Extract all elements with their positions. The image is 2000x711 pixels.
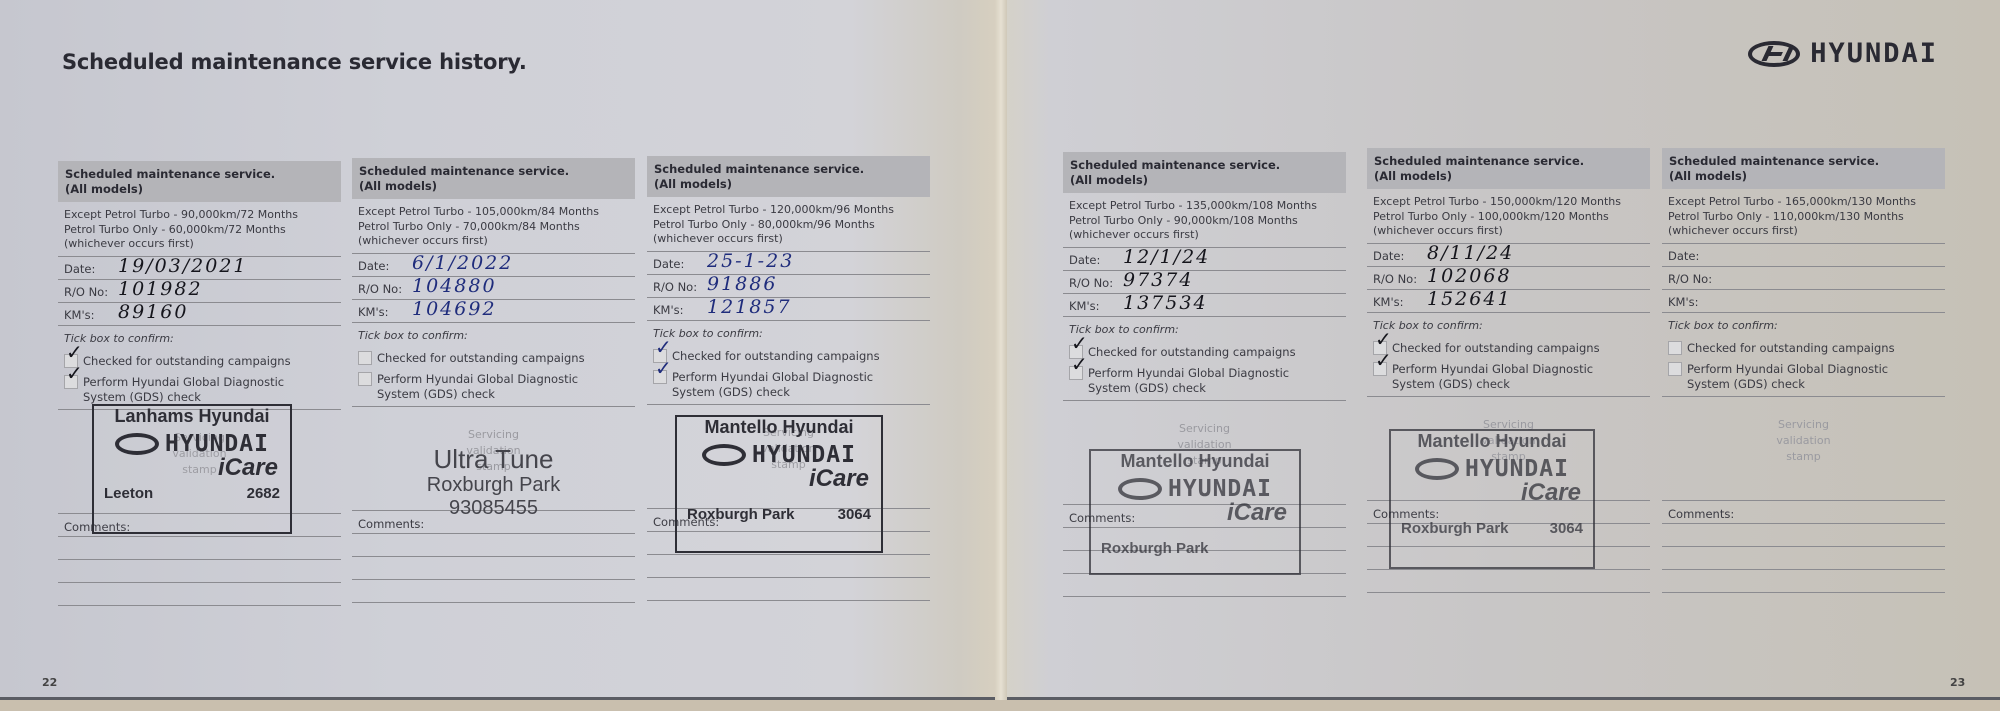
gds-checkbox[interactable] (1373, 362, 1387, 376)
service-interval: Except Petrol Turbo - 120,000km/96 Month… (647, 197, 930, 252)
kms-field[interactable]: KM's: 89160 (58, 303, 341, 326)
kms-field[interactable]: KM's: 137534 (1063, 294, 1346, 317)
gds-checkbox[interactable] (358, 372, 372, 386)
gds-check-label: Perform Hyundai Global Diagnostic System… (1392, 362, 1593, 392)
card-header-title: Scheduled maintenance service. (654, 162, 923, 177)
workshop-stamp: Ultra TuneRoxburgh Park93085455 (352, 445, 635, 519)
ro-number-label: R/O No: (653, 280, 715, 294)
tick-box-instruction: Tick box to confirm: (352, 323, 635, 348)
kms-value[interactable]: 137534 (1123, 294, 1208, 313)
stamp-suburb: Roxburgh Park (352, 473, 635, 497)
service-interval: Except Petrol Turbo - 165,000km/130 Mont… (1662, 189, 1945, 244)
gds-check-label: Perform Hyundai Global Diagnostic System… (1687, 362, 1888, 392)
gds-label-line: Perform Hyundai Global Diagnostic (1088, 366, 1289, 380)
campaigns-check-label: Checked for outstanding campaigns (1088, 345, 1296, 360)
stamp-brand-text: HYUNDAI (1168, 476, 1272, 502)
stamp-suburb: Roxburgh Park (687, 506, 795, 523)
hyundai-emblem-icon (115, 433, 159, 455)
date-value[interactable]: 12/1/24 (1123, 248, 1210, 267)
card-header-title: Scheduled maintenance service. (1374, 154, 1643, 169)
card-header-subtitle: (All models) (65, 182, 334, 197)
gds-check-row[interactable]: Perform Hyundai Global Diagnostic System… (1662, 359, 1945, 397)
stamp-program: iCare (1391, 482, 1593, 504)
date-label: Date: (358, 259, 420, 273)
interval-line: Except Petrol Turbo - 105,000km/84 Month… (358, 205, 629, 220)
stamp-area: Servicingvalidationstamp Ultra TuneRoxbu… (352, 407, 635, 511)
stamp-suburb: Leeton (104, 485, 153, 502)
card-header: Scheduled maintenance service. (All mode… (1662, 148, 1945, 189)
campaigns-check-row[interactable]: Checked for outstanding campaigns (1063, 342, 1346, 363)
campaigns-checkbox[interactable] (358, 351, 372, 365)
campaigns-check-label: Checked for outstanding campaigns (83, 354, 291, 369)
stamp-location: Roxburgh Park3064 (1391, 520, 1593, 537)
comment-line[interactable] (1367, 570, 1650, 593)
kms-label: KM's: (653, 303, 715, 317)
stamp-brand: HYUNDAI (1091, 476, 1299, 502)
stamp-area: Servicingvalidationstamp (1662, 397, 1945, 501)
interval-line: (whichever occurs first) (653, 232, 924, 247)
gds-label-line: System (GDS) check (377, 387, 495, 401)
stamp-area: Servicingvalidationstamp Mantello Hyunda… (1063, 401, 1346, 505)
campaigns-check-row[interactable]: Checked for outstanding campaigns (1367, 338, 1650, 359)
stamp-program: iCare (94, 457, 290, 479)
card-header: Scheduled maintenance service. (All mode… (1367, 148, 1650, 189)
service-interval: Except Petrol Turbo - 135,000km/108 Mont… (1063, 193, 1346, 248)
tick-box-instruction: Tick box to confirm: (1662, 313, 1945, 338)
gds-check-label: Perform Hyundai Global Diagnostic System… (83, 375, 284, 405)
service-record-card: Scheduled maintenance service. (All mode… (352, 158, 635, 603)
interval-line: Except Petrol Turbo - 90,000km/72 Months (64, 208, 335, 223)
service-record-card: Scheduled maintenance service. (All mode… (1662, 148, 1945, 593)
book-spine (995, 0, 1007, 700)
ro-number-value[interactable]: 97374 (1123, 271, 1193, 290)
interval-line: (whichever occurs first) (358, 234, 629, 249)
comment-line[interactable] (58, 537, 341, 560)
date-label: Date: (1668, 249, 1730, 263)
date-field[interactable]: Date: 19/03/2021 (58, 257, 341, 280)
stamp-brand-text: HYUNDAI (165, 431, 269, 457)
card-header: Scheduled maintenance service. (All mode… (647, 156, 930, 197)
stamp-area: Servicingvalidationstamp Lanhams Hyundai… (58, 410, 341, 514)
kms-value[interactable]: 152641 (1427, 290, 1512, 309)
gds-checkbox[interactable] (653, 370, 667, 384)
comments-label: Comments: (1662, 501, 1945, 524)
ro-number-label: R/O No: (1069, 276, 1131, 290)
date-field[interactable]: Date: (1662, 244, 1945, 267)
stamp-brand-text: HYUNDAI (752, 442, 856, 468)
gds-check-label: Perform Hyundai Global Diagnostic System… (1088, 366, 1289, 396)
card-header-subtitle: (All models) (1669, 169, 1938, 184)
tick-box-instruction: Tick box to confirm: (647, 321, 930, 346)
kms-label: KM's: (1373, 295, 1435, 309)
ro-number-field[interactable]: R/O No: 91886 (647, 275, 930, 298)
kms-label: KM's: (1668, 295, 1730, 309)
interval-line: Except Petrol Turbo - 165,000km/130 Mont… (1668, 195, 1939, 210)
kms-field[interactable]: KM's: 152641 (1367, 290, 1650, 313)
card-header: Scheduled maintenance service. (All mode… (352, 158, 635, 199)
stamp-placeholder: Servicingvalidationstamp (1662, 417, 1945, 465)
interval-line: Petrol Turbo Only - 90,000km/108 Months (1069, 214, 1340, 229)
kms-value[interactable]: 121857 (707, 298, 792, 317)
interval-line: Petrol Turbo Only - 100,000km/120 Months (1373, 210, 1644, 225)
kms-field[interactable]: KM's: 104692 (352, 300, 635, 323)
card-header-subtitle: (All models) (1374, 169, 1643, 184)
stamp-postcode: 3064 (838, 506, 871, 523)
service-record-card: Scheduled maintenance service. (All mode… (58, 161, 341, 606)
hyundai-logo: HYUNDAI (1748, 38, 1938, 69)
ro-number-value[interactable]: 101982 (118, 280, 203, 299)
kms-field[interactable]: KM's: (1662, 290, 1945, 313)
ro-number-label: R/O No: (358, 282, 420, 296)
date-value[interactable]: 8/11/24 (1427, 244, 1514, 263)
gds-checkbox[interactable] (64, 375, 78, 389)
gds-check-row[interactable]: Perform Hyundai Global Diagnostic System… (1367, 359, 1650, 397)
gds-check-row[interactable]: Perform Hyundai Global Diagnostic System… (1063, 363, 1346, 401)
campaigns-check-label: Checked for outstanding campaigns (1687, 341, 1895, 356)
interval-line: (whichever occurs first) (1668, 224, 1939, 239)
date-value[interactable]: 6/1/2022 (412, 254, 513, 273)
stamp-area: Servicingvalidationstamp Mantello Hyunda… (1367, 397, 1650, 501)
ro-number-field[interactable]: R/O No: 101982 (58, 280, 341, 303)
stamp-brand: HYUNDAI (94, 431, 290, 457)
card-header: Scheduled maintenance service. (All mode… (1063, 152, 1346, 193)
kms-field[interactable]: KM's: 121857 (647, 298, 930, 321)
dealer-stamp: Mantello HyundaiHYUNDAIiCareRoxburgh Par… (675, 415, 883, 553)
interval-line: (whichever occurs first) (64, 237, 335, 252)
dealer-stamp: Lanhams HyundaiHYUNDAIiCareLeeton2682 (92, 404, 292, 534)
card-header-subtitle: (All models) (654, 177, 923, 192)
kms-label: KM's: (1069, 299, 1131, 313)
date-field[interactable]: Date: 6/1/2022 (352, 254, 635, 277)
stamp-location: Leeton2682 (94, 485, 290, 502)
card-header-subtitle: (All models) (1070, 173, 1339, 188)
kms-value[interactable]: 89160 (118, 303, 188, 322)
ro-number-field[interactable]: R/O No: (1662, 267, 1945, 290)
service-interval: Except Petrol Turbo - 105,000km/84 Month… (352, 199, 635, 254)
stamp-dealer-name: Mantello Hyundai (1091, 451, 1299, 472)
comment-line[interactable] (1063, 574, 1346, 597)
comment-line[interactable] (58, 583, 341, 606)
stamp-brand: HYUNDAI (1391, 456, 1593, 482)
dealer-stamp: Mantello HyundaiHYUNDAIiCareRoxburgh Par… (1389, 429, 1595, 569)
ro-number-label: R/O No: (64, 285, 126, 299)
campaigns-checkbox[interactable] (1668, 341, 1682, 355)
comment-line[interactable] (1662, 547, 1945, 570)
ro-number-value[interactable]: 104880 (412, 277, 497, 296)
comment-line[interactable] (352, 534, 635, 557)
campaigns-check-label: Checked for outstanding campaigns (672, 349, 880, 364)
date-label: Date: (64, 262, 126, 276)
stamp-location: Roxburgh Park3064 (677, 506, 881, 523)
comment-line[interactable] (1662, 524, 1945, 547)
interval-line: Except Petrol Turbo - 120,000km/96 Month… (653, 203, 924, 218)
hyundai-emblem-icon (702, 444, 746, 466)
campaigns-check-row[interactable]: Checked for outstanding campaigns (647, 346, 930, 367)
interval-line: Petrol Turbo Only - 70,000km/84 Months (358, 220, 629, 235)
card-header-subtitle: (All models) (359, 179, 628, 194)
interval-line: Petrol Turbo Only - 110,000km/130 Months (1668, 210, 1939, 225)
date-label: Date: (653, 257, 715, 271)
kms-value[interactable]: 104692 (412, 300, 497, 319)
gds-label-line: Perform Hyundai Global Diagnostic (83, 375, 284, 389)
card-header-title: Scheduled maintenance service. (65, 167, 334, 182)
stamp-location: Roxburgh Park (1091, 540, 1299, 557)
date-value[interactable]: 25-1-23 (707, 252, 794, 271)
service-interval: Except Petrol Turbo - 90,000km/72 Months… (58, 202, 341, 257)
interval-line: (whichever occurs first) (1069, 228, 1340, 243)
hyundai-emblem-icon (1118, 478, 1162, 500)
tick-box-instruction: Tick box to confirm: (1063, 317, 1346, 342)
comment-line[interactable] (58, 560, 341, 583)
card-header-title: Scheduled maintenance service. (1669, 154, 1938, 169)
date-field[interactable]: Date: 8/11/24 (1367, 244, 1650, 267)
page-number: 23 (1950, 676, 1965, 689)
stamp-postcode: 3064 (1550, 520, 1583, 537)
gds-check-row[interactable]: Perform Hyundai Global Diagnostic System… (352, 369, 635, 407)
ro-number-value[interactable]: 91886 (707, 275, 777, 294)
card-header-title: Scheduled maintenance service. (1070, 158, 1339, 173)
ro-number-field[interactable]: R/O No: 104880 (352, 277, 635, 300)
date-field[interactable]: Date: 12/1/24 (1063, 248, 1346, 271)
stamp-program: iCare (1091, 502, 1299, 524)
gds-label-line: System (GDS) check (672, 385, 790, 399)
comment-line[interactable] (1662, 570, 1945, 593)
gds-label-line: System (GDS) check (1392, 377, 1510, 391)
kms-label: KM's: (64, 308, 126, 322)
stamp-program: iCare (677, 468, 881, 490)
gds-label-line: Perform Hyundai Global Diagnostic (672, 370, 873, 384)
gds-check-label: Perform Hyundai Global Diagnostic System… (377, 372, 578, 402)
card-header: Scheduled maintenance service. (All mode… (58, 161, 341, 202)
interval-line: Petrol Turbo Only - 60,000km/72 Months (64, 223, 335, 238)
comment-line[interactable] (352, 580, 635, 603)
comment-line[interactable] (647, 578, 930, 601)
stamp-brand: HYUNDAI (677, 442, 881, 468)
page-title: Scheduled maintenance service history. (62, 50, 527, 74)
gds-check-row[interactable]: Perform Hyundai Global Diagnostic System… (647, 367, 930, 405)
campaigns-check-label: Checked for outstanding campaigns (1392, 341, 1600, 356)
ro-number-label: R/O No: (1373, 272, 1435, 286)
stamp-dealer-name: Mantello Hyundai (1391, 431, 1593, 452)
comment-line[interactable] (352, 557, 635, 580)
kms-label: KM's: (358, 305, 420, 319)
ro-number-field[interactable]: R/O No: 97374 (1063, 271, 1346, 294)
interval-line: Petrol Turbo Only - 80,000km/96 Months (653, 218, 924, 233)
gds-checkbox[interactable] (1069, 366, 1083, 380)
ro-number-value[interactable]: 102068 (1427, 267, 1512, 286)
gds-check-label: Perform Hyundai Global Diagnostic System… (672, 370, 873, 400)
page-number: 22 (42, 676, 57, 689)
gds-label-line: Perform Hyundai Global Diagnostic (1687, 362, 1888, 376)
date-value[interactable]: 19/03/2021 (118, 257, 248, 276)
service-record-card: Scheduled maintenance service. (All mode… (1063, 152, 1346, 597)
date-label: Date: (1373, 249, 1435, 263)
tick-box-instruction: Tick box to confirm: (58, 326, 341, 351)
gds-label-line: System (GDS) check (1088, 381, 1206, 395)
hyundai-emblem-icon (1415, 458, 1459, 480)
comment-line[interactable] (647, 555, 930, 578)
campaigns-check-row[interactable]: Checked for outstanding campaigns (58, 351, 341, 372)
service-record-card: Scheduled maintenance service. (All mode… (1367, 148, 1650, 593)
date-field[interactable]: Date: 25-1-23 (647, 252, 930, 275)
gds-checkbox[interactable] (1668, 362, 1682, 376)
interval-line: Except Petrol Turbo - 150,000km/120 Mont… (1373, 195, 1644, 210)
stamp-suburb: Roxburgh Park (1101, 540, 1209, 557)
gds-label-line: Perform Hyundai Global Diagnostic (1392, 362, 1593, 376)
card-header-title: Scheduled maintenance service. (359, 164, 628, 179)
dealer-stamp: Mantello HyundaiHYUNDAIiCareRoxburgh Par… (1089, 449, 1301, 575)
ro-number-label: R/O No: (1668, 272, 1730, 286)
service-record-card: Scheduled maintenance service. (All mode… (647, 156, 930, 601)
stamp-phone: 93085455 (352, 497, 635, 519)
interval-line: Except Petrol Turbo - 135,000km/108 Mont… (1069, 199, 1340, 214)
stamp-dealer-name: Mantello Hyundai (677, 417, 881, 438)
stamp-brand-text: HYUNDAI (1465, 456, 1569, 482)
campaigns-check-row[interactable]: Checked for outstanding campaigns (352, 348, 635, 369)
stamp-postcode: 2682 (247, 485, 280, 502)
gds-label-line: System (GDS) check (1687, 377, 1805, 391)
tick-box-instruction: Tick box to confirm: (1367, 313, 1650, 338)
stamp-suburb: Roxburgh Park (1401, 520, 1509, 537)
hyundai-emblem-icon (1748, 41, 1800, 67)
stamp-area: Servicingvalidationstamp Mantello Hyunda… (647, 405, 930, 509)
campaigns-check-row[interactable]: Checked for outstanding campaigns (1662, 338, 1945, 359)
date-label: Date: (1069, 253, 1131, 267)
gds-label-line: Perform Hyundai Global Diagnostic (377, 372, 578, 386)
campaigns-check-label: Checked for outstanding campaigns (377, 351, 585, 366)
stamp-workshop-name: Ultra Tune (352, 445, 635, 473)
gds-label-line: System (GDS) check (83, 390, 201, 404)
ro-number-field[interactable]: R/O No: 102068 (1367, 267, 1650, 290)
brand-wordmark: HYUNDAI (1810, 38, 1938, 69)
stamp-dealer-name: Lanhams Hyundai (94, 406, 290, 427)
interval-line: (whichever occurs first) (1373, 224, 1644, 239)
service-interval: Except Petrol Turbo - 150,000km/120 Mont… (1367, 189, 1650, 244)
